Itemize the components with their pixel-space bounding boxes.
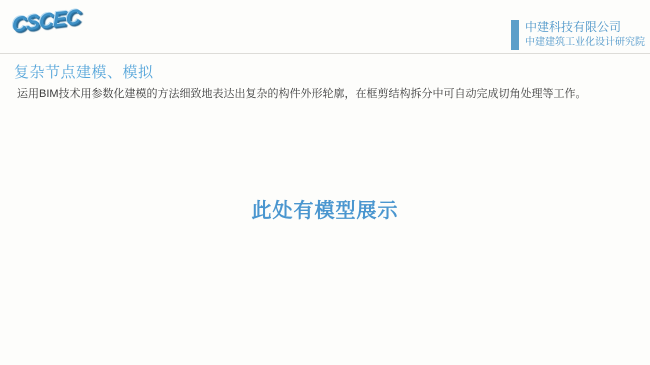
section-title: 复杂节点建模、模拟 (14, 61, 154, 82)
section-description: 运用BIM技术用参数化建模的方法细致地表达出复杂的构件外形轮廓，在框剪结构拆分中… (17, 87, 637, 101)
org-name-primary: 中建科技有限公司 (525, 20, 645, 35)
header-org-block: 中建科技有限公司 中建建筑工业化设计研究院 (511, 20, 645, 50)
company-3d-logo: CSCEC (12, 6, 80, 38)
header-divider (0, 53, 650, 54)
org-name-secondary: 中建建筑工业化设计研究院 (525, 35, 645, 50)
presentation-slide: CSCEC 中建科技有限公司 中建建筑工业化设计研究院 复杂节点建模、模拟 运用… (0, 0, 650, 365)
model-placeholder-note: 此处有模型展示 (0, 194, 650, 223)
org-names: 中建科技有限公司 中建建筑工业化设计研究院 (525, 20, 645, 50)
org-accent-bar (511, 20, 519, 50)
